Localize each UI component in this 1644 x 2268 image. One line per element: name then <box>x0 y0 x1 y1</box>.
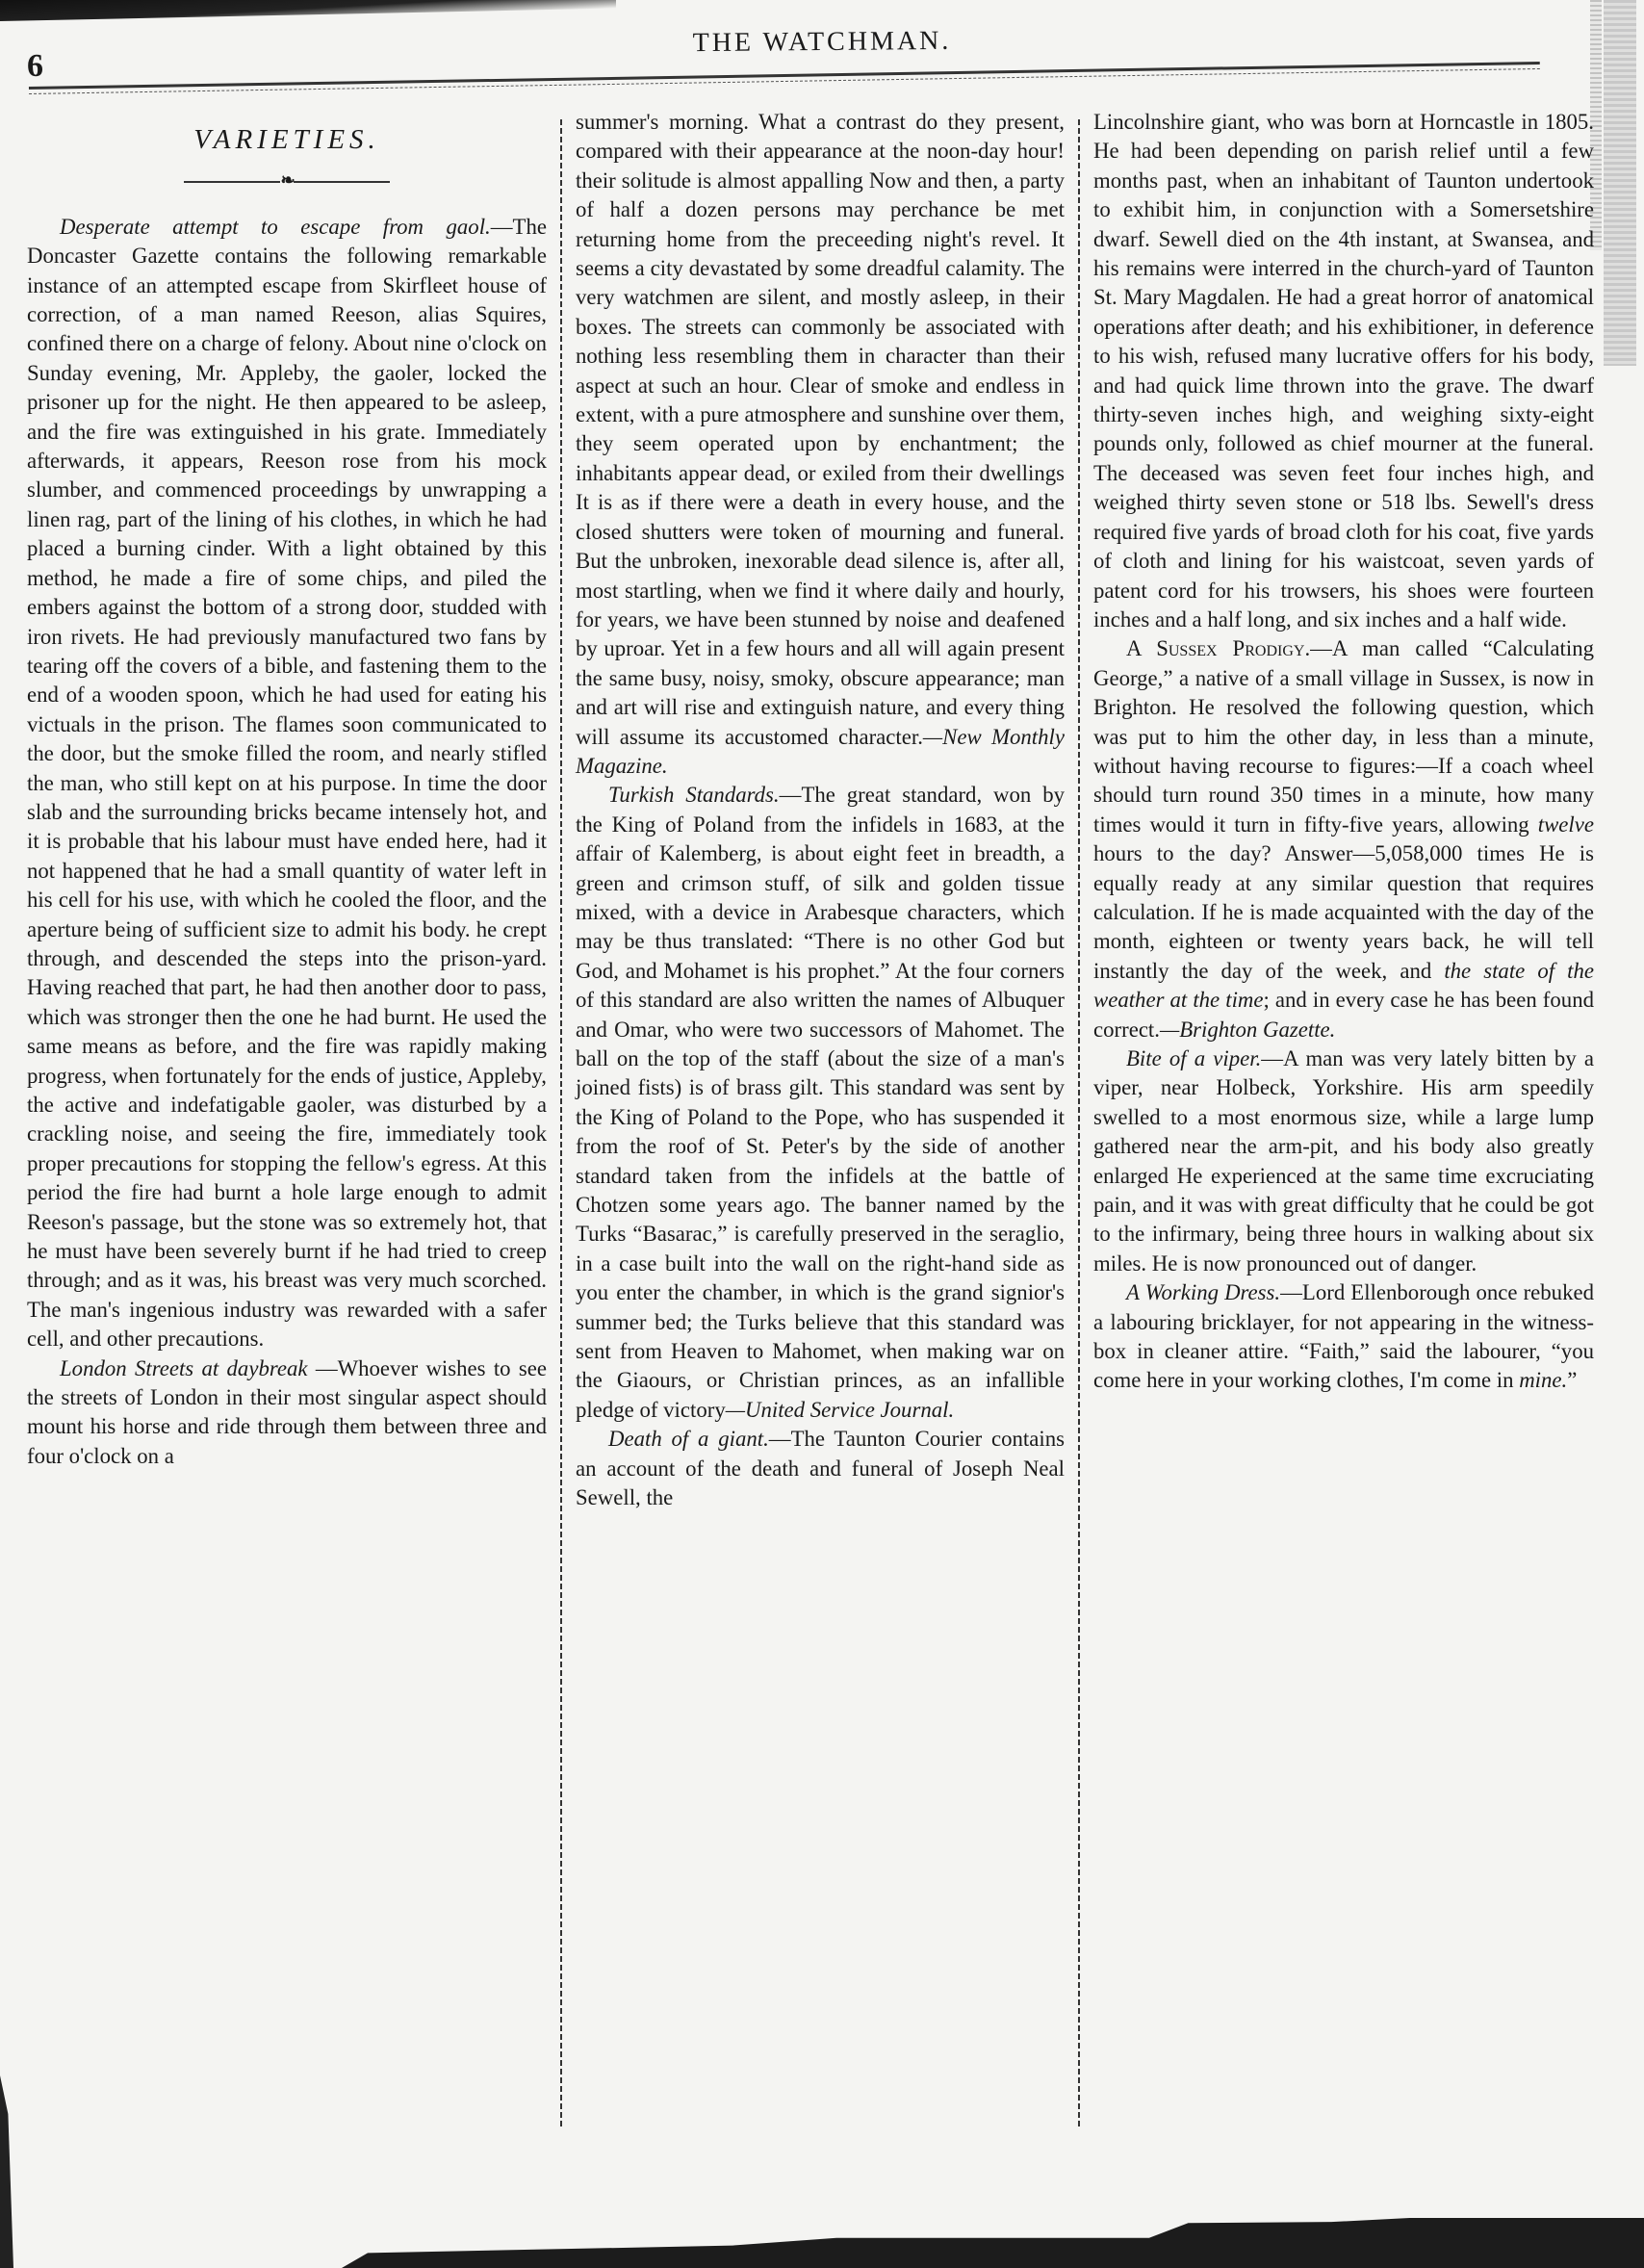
ornament-icon: ❧ <box>280 170 293 190</box>
article-source: —Brighton Gazette. <box>1160 1018 1335 1042</box>
article-bite-of-viper: Bite of a viper.—A man was very lately b… <box>1093 1044 1594 1278</box>
section-title: VARIETIES. <box>27 125 547 154</box>
scan-border-top <box>0 0 616 21</box>
column-1: VARIETIES. ❧ Desperate attempt to escape… <box>27 108 547 2149</box>
article-heading: Turkish Standards. <box>608 783 780 807</box>
article-columns: VARIETIES. ❧ Desperate attempt to escape… <box>27 108 1586 2149</box>
article-body: —The Doncaster Gazette contains the foll… <box>27 215 547 1351</box>
article-heading: A Sussex Prodigy. <box>1126 636 1310 660</box>
article-body: —A man was very lately bitten by a viper… <box>1093 1046 1594 1276</box>
column-3: Lincolnshire giant, who was born at Horn… <box>1093 108 1594 2149</box>
masthead-title: THE WATCHMAN. <box>0 20 1644 65</box>
article-heading: London Streets at daybreak <box>60 1356 308 1380</box>
article-body: —A man called “Calculating George,” a na… <box>1093 636 1594 836</box>
article-london-streets-cont: summer's morning. What a contrast do the… <box>576 108 1065 781</box>
article-working-dress: A Working Dress.—Lord Ellenborough once … <box>1093 1278 1594 1396</box>
column-2: summer's morning. What a contrast do the… <box>576 108 1065 2149</box>
article-escape: Desperate attempt to escape from gaol.—T… <box>27 213 547 1354</box>
article-emphasis: mine. <box>1519 1368 1567 1392</box>
column-rule <box>560 119 562 2126</box>
article-death-of-giant-cont: Lincolnshire giant, who was born at Horn… <box>1093 108 1594 634</box>
article-emphasis: twelve <box>1538 812 1594 837</box>
column-rule <box>1078 119 1080 2126</box>
article-closing-quote: ” <box>1567 1368 1577 1392</box>
article-heading: Death of a giant. <box>608 1427 769 1451</box>
scan-border-left <box>0 2075 13 2268</box>
article-heading: A Working Dress. <box>1126 1280 1280 1304</box>
article-body: summer's morning. What a contrast do the… <box>576 110 1065 749</box>
article-london-streets: London Streets at daybreak —Whoever wish… <box>27 1354 547 1472</box>
article-heading: Desperate attempt to escape from gaol. <box>60 215 491 239</box>
article-heading: Bite of a viper. <box>1126 1046 1261 1070</box>
article-sussex-prodigy: A Sussex Prodigy.—A man called “Calculat… <box>1093 634 1594 1044</box>
scan-border-right <box>1604 0 1636 366</box>
article-body: —The great standard, won by the King of … <box>576 783 1065 1422</box>
article-body: Lincolnshire giant, who was born at Horn… <box>1093 110 1594 631</box>
scan-border-bottom <box>342 2218 1644 2268</box>
article-turkish-standards: Turkish Standards.—The great standard, w… <box>576 781 1065 1425</box>
article-death-of-giant: Death of a giant.—The Taunton Courier co… <box>576 1425 1065 1512</box>
masthead-rule <box>29 62 1540 94</box>
article-source: —United Service Journal. <box>726 1398 954 1422</box>
ornament-divider: ❧ <box>27 166 547 194</box>
